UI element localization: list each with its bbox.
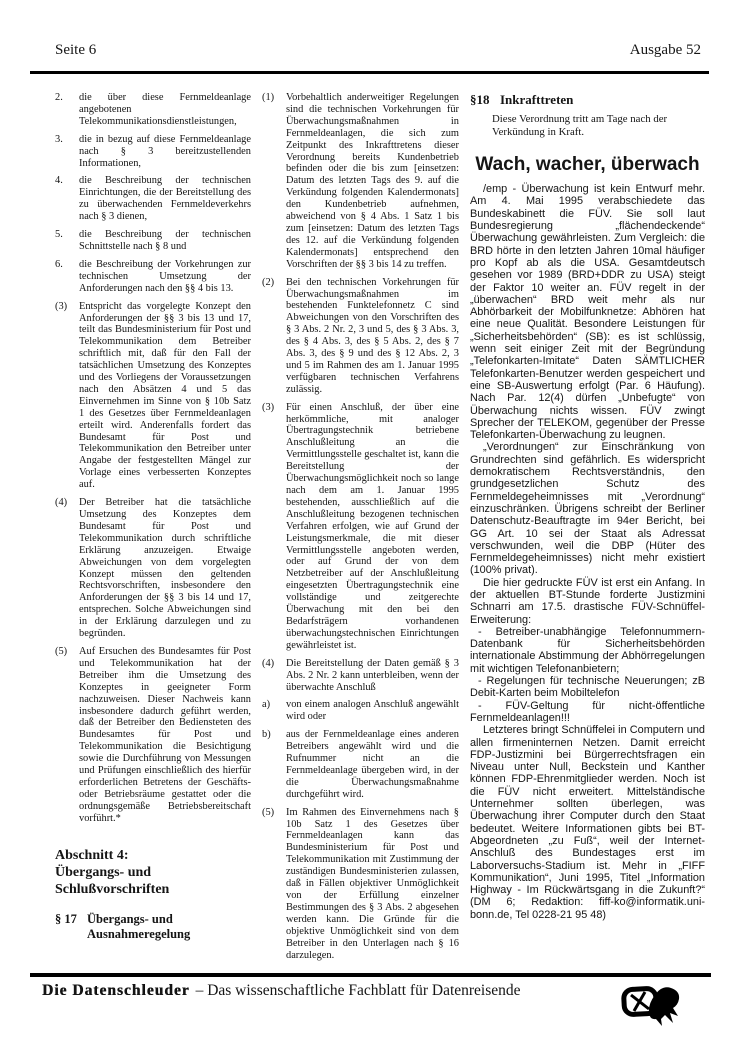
list-item: 6.die Beschreibung der Vorkehrungen zur … [55, 259, 251, 295]
page-header: Seite 6 Ausgabe 52 [55, 42, 701, 59]
article-paragraph: „Verordnungen“ zur Einschränkung von Gru… [470, 441, 705, 576]
paragraph-marker: (1) [262, 92, 286, 271]
article-bullet: - FÜV-Geltung für nicht-öffentliche Fern… [470, 700, 705, 725]
section-heading: Abschnitt 4: Übergangs- und Schlußvorsch… [55, 847, 251, 898]
column-right: §18Inkrafttreten Diese Verordnung tritt … [470, 92, 705, 970]
paragraph: (4)Die Bereitstellung der Daten gemäß § … [262, 658, 459, 694]
list-item: 4.die Beschreibung der technischen Einri… [55, 175, 251, 223]
article-bullet: - Regelungen für technische Neuerungen; … [470, 675, 705, 700]
article-paragraph: Letzteres bringt Schnüffelei in Computer… [470, 724, 705, 921]
paragraph-text: Die Bereitstellung der Daten gemäß § 3 A… [286, 658, 459, 694]
item-text: die Beschreibung der technischen Einrich… [79, 175, 251, 223]
paragraph-text: Entspricht das vorgelegte Konzept den An… [79, 301, 251, 492]
paragraph-text: Auf Ersuchen des Bundesamtes für Post un… [79, 646, 251, 825]
item-marker: 6. [55, 259, 79, 295]
paragraph-text: Vorbehaltlich anderweitiger Regelungen s… [286, 92, 459, 271]
column-middle: (1)Vorbehaltlich anderweitiger Regelunge… [262, 92, 459, 970]
paragraph: (4)Der Betreiber hat die tatsächliche Um… [55, 497, 251, 640]
item-text: aus der Fernmeldeanlage eines anderen Be… [286, 729, 459, 800]
paragraph-marker: (4) [55, 497, 79, 640]
item-marker: 3. [55, 134, 79, 170]
item-marker: b) [262, 729, 286, 800]
item-marker: a) [262, 699, 286, 723]
hand-slingshot-icon [619, 979, 699, 1041]
issue-label: Ausgabe 52 [630, 42, 701, 59]
article-headline: Wach, wacher, überwach [470, 154, 705, 176]
paragraph-18-heading: §18Inkrafttreten [470, 92, 705, 107]
paragraph: (3)Entspricht das vorgelegte Konzept den… [55, 301, 251, 492]
item-text: die Beschreibung der Vorkehrungen zur te… [79, 259, 251, 295]
paragraph: (5)Auf Ersuchen des Bundesamtes für Post… [55, 646, 251, 825]
paragraph-title: Inkrafttreten [500, 92, 573, 107]
paragraph: (5)Im Rahmen des Einvernehmens nach § 10… [262, 807, 459, 962]
article-paragraph: /emp - Überwachung ist kein Entwurf mehr… [470, 183, 705, 441]
column-left: 2.die über diese Fernmeldeanlage angebot… [55, 92, 251, 970]
item-text: die über diese Fernmeldeanlage angeboten… [79, 92, 251, 128]
article-bullet: - Betreiber-unabhängige Telefonnummern-D… [470, 626, 705, 675]
section-heading-line1: Abschnitt 4: [55, 847, 251, 864]
paragraph-marker: §18 [470, 92, 500, 107]
item-text: von einem analogen Anschluß angewählt wi… [286, 699, 459, 723]
header-rule [30, 71, 709, 74]
list-item: a)von einem analogen Anschluß angewählt … [262, 699, 459, 723]
paragraph: (3)Für einen Anschluß, der über eine her… [262, 402, 459, 652]
paragraph-text: Für einen Anschluß, der über eine herköm… [286, 402, 459, 652]
paragraph-marker: (4) [262, 658, 286, 694]
three-column-body: 2.die über diese Fernmeldeanlage angebot… [55, 92, 705, 970]
page-number: Seite 6 [55, 42, 96, 59]
paragraph-title: Übergangs- und Ausnahmeregelung [87, 912, 251, 942]
paragraph-marker: (3) [262, 402, 286, 652]
paragraph-marker: (2) [262, 277, 286, 396]
list-item: 3.die in bezug auf diese Fernmeldeanlage… [55, 134, 251, 170]
magazine-tagline: – Das wissenschaftliche Fachblatt für Da… [196, 982, 521, 999]
item-text: die Beschreibung der technischen Schnitt… [79, 229, 251, 253]
article-paragraph: Die hier gedruckte FÜV ist erst ein Anfa… [470, 577, 705, 626]
paragraph-marker: § 17 [55, 912, 87, 942]
magazine-title: Die Datenschleuder [42, 982, 190, 999]
list-item: 2.die über diese Fernmeldeanlage angebot… [55, 92, 251, 128]
paragraph-text: Der Betreiber hat die tatsächliche Umset… [79, 497, 251, 640]
paragraph-17-heading: § 17Übergangs- und Ausnahmeregelung [55, 912, 251, 942]
paragraph-text: Bei den technischen Vorkehrungen für Übe… [286, 277, 459, 396]
paragraph: (1)Vorbehaltlich anderweitiger Regelunge… [262, 92, 459, 271]
item-marker: 5. [55, 229, 79, 253]
paragraph: (2)Bei den technischen Vorkehrungen für … [262, 277, 459, 396]
paragraph-marker: (5) [55, 646, 79, 825]
list-item: b)aus der Fernmeldeanlage eines anderen … [262, 729, 459, 800]
page-footer: Die Datenschleuder– Das wissenschaftlich… [42, 982, 521, 1000]
item-text: die in bezug auf diese Fernmeldeanlage n… [79, 134, 251, 170]
paragraph-marker: (5) [262, 807, 286, 962]
section-heading-line2: Übergangs- und Schlußvorschriften [55, 864, 251, 898]
item-marker: 2. [55, 92, 79, 128]
paragraph-marker: (3) [55, 301, 79, 492]
paragraph-18-body: Diese Verordnung tritt am Tage nach der … [492, 113, 705, 138]
paragraph-text: Im Rahmen des Einvernehmens nach § 10b S… [286, 807, 459, 962]
list-item: 5.die Beschreibung der technischen Schni… [55, 229, 251, 253]
item-marker: 4. [55, 175, 79, 223]
footer-rule [30, 973, 711, 977]
